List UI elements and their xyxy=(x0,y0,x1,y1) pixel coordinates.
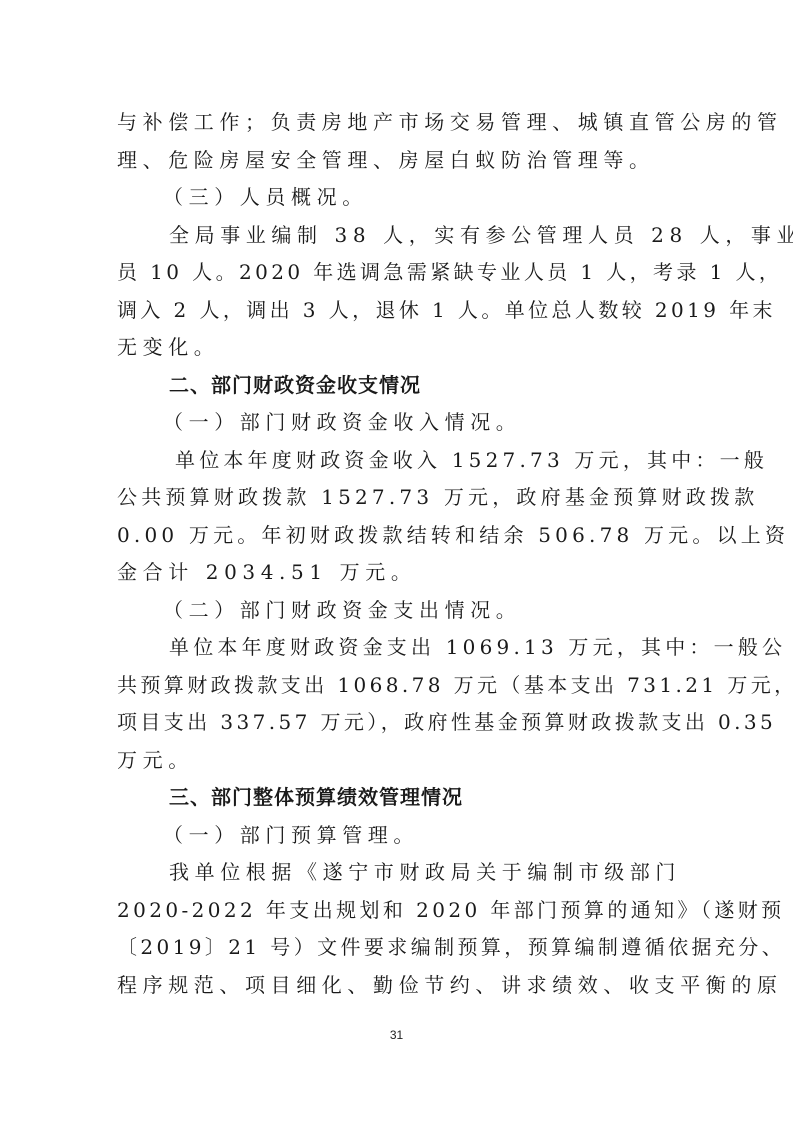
body-line: 与补偿工作；负责房地产市场交易管理、城镇直管公房的管 xyxy=(117,104,673,142)
page-number: 31 xyxy=(0,1028,793,1042)
document-page: 与补偿工作；负责房地产市场交易管理、城镇直管公房的管 理、危险房屋安全管理、房屋… xyxy=(117,104,673,1004)
body-line: 0.00 万元。年初财政拨款结转和结余 506.78 万元。以上资 xyxy=(117,517,673,555)
section-heading-performance: 三、部门整体预算绩效管理情况 xyxy=(117,779,673,817)
body-line: 调入 2 人，调出 3 人，退休 1 人。单位总人数较 2019 年末 xyxy=(117,292,673,330)
body-line: 无变化。 xyxy=(117,329,673,367)
body-line: 员 10 人。2020 年选调急需紧缺专业人员 1 人，考录 1 人， xyxy=(117,254,673,292)
body-line: 万元。 xyxy=(117,742,673,780)
body-line: 〔2019〕21 号）文件要求编制预算，预算编制遵循依据充分、 xyxy=(117,929,673,967)
subheading-expenditure: （二）部门财政资金支出情况。 xyxy=(117,592,673,630)
section-heading-funds: 二、部门财政资金收支情况 xyxy=(117,367,673,405)
body-line: 我单位根据《遂宁市财政局关于编制市级部门 xyxy=(117,854,673,892)
body-line: 程序规范、项目细化、勤俭节约、讲求绩效、收支平衡的原 xyxy=(117,967,673,1005)
body-line: 项目支出 337.57 万元），政府性基金预算财政拨款支出 0.35 xyxy=(117,704,673,742)
body-line: 公共预算财政拨款 1527.73 万元，政府基金预算财政拨款 xyxy=(117,479,673,517)
subheading-income: （一）部门财政资金收入情况。 xyxy=(117,404,673,442)
body-line: 全局事业编制 38 人，实有参公管理人员 28 人，事业人 xyxy=(117,217,673,255)
body-line: 理、危险房屋安全管理、房屋白蚁防治管理等。 xyxy=(117,142,673,180)
subheading-budget-management: （一）部门预算管理。 xyxy=(117,817,673,855)
body-line: 共预算财政拨款支出 1068.78 万元（基本支出 731.21 万元， xyxy=(117,667,673,705)
body-line: 金合计 2034.51 万元。 xyxy=(117,554,673,592)
body-line: 单位本年度财政资金收入 1527.73 万元，其中：一般 xyxy=(117,442,673,480)
subheading-personnel: （三）人员概况。 xyxy=(117,179,673,217)
body-line: 单位本年度财政资金支出 1069.13 万元，其中：一般公 xyxy=(117,629,673,667)
body-line: 2020-2022 年支出规划和 2020 年部门预算的通知》（遂财预 xyxy=(117,892,673,930)
